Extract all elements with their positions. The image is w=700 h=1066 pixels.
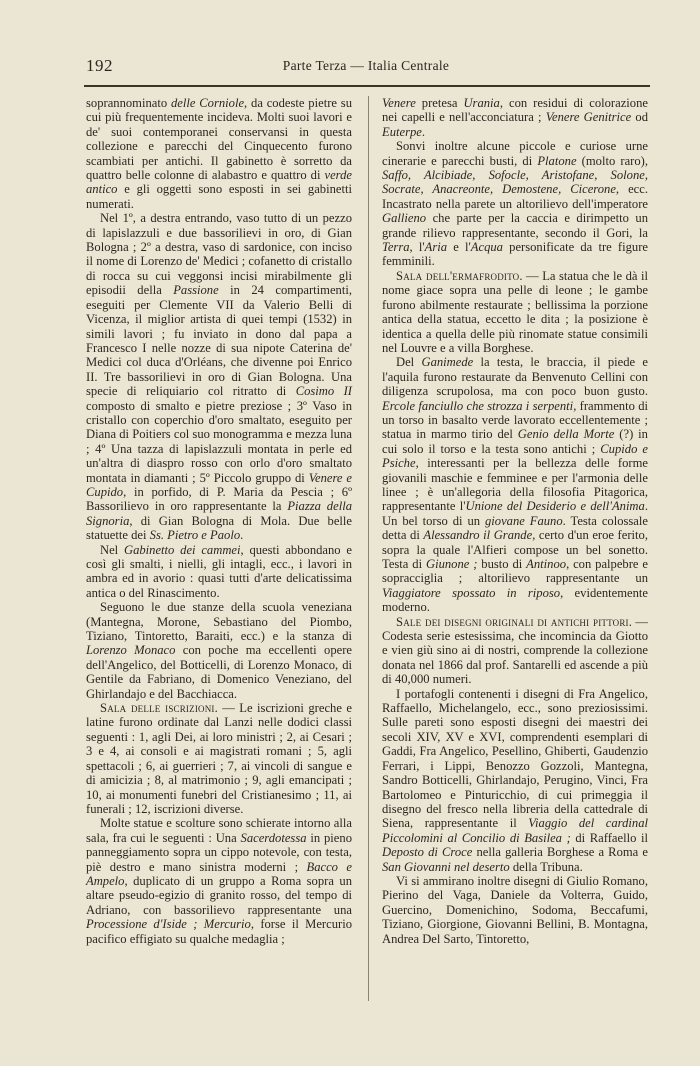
italic-term: Ss. Pietro e Paolo xyxy=(150,528,240,542)
paragraph: Vi si ammirano inoltre disegni di Giulio… xyxy=(382,874,648,946)
italic-term: Lorenzo Monaco xyxy=(86,643,175,657)
text-run: Vi si ammirano inoltre disegni di Giulio… xyxy=(382,874,648,946)
italic-term: Ganimede xyxy=(421,355,473,369)
italic-term: Unione del Desiderio e dell'Anima xyxy=(465,499,644,513)
text-run: e l' xyxy=(447,240,471,254)
page-header: 192 Parte Terza — Italia Centrale xyxy=(86,56,646,80)
paragraph: Sala dell'ermafrodito. — La statua che l… xyxy=(382,269,648,355)
text-run: Del xyxy=(396,355,421,369)
text-run: od xyxy=(631,110,648,124)
paragraph: Del Ganimede la testa, le braccia, il pi… xyxy=(382,355,648,614)
text-run: , l' xyxy=(410,240,425,254)
italic-term: Gabinetto dei cammei xyxy=(124,543,241,557)
book-page: 192 Parte Terza — Italia Centrale sopran… xyxy=(0,0,700,1066)
italic-term: Saffo, Alcibiade, Sofocle, Aristofane, S… xyxy=(382,168,648,196)
text-run: Nel xyxy=(100,543,124,557)
italic-term: Venere Genitrice xyxy=(546,110,632,124)
section-heading: Sale dei disegni originali di antichi pi… xyxy=(396,615,629,629)
italic-term: San Giovanni nel deserto xyxy=(382,860,510,874)
italic-term: Sacerdotessa xyxy=(241,831,307,845)
text-run: pretesa xyxy=(416,96,464,110)
italic-term: Giunone ; xyxy=(426,557,477,571)
italic-term: Genio della Morte xyxy=(518,427,615,441)
left-column: soprannominato delle Corniole, da codest… xyxy=(86,96,352,946)
paragraph: Venere pretesa Urania, con residui di co… xyxy=(382,96,648,139)
text-run: soprannominato xyxy=(86,96,171,110)
text-run: di Raffaello il xyxy=(571,831,648,845)
italic-term: Viaggiatore spossato in riposo xyxy=(382,586,560,600)
italic-term: Passione xyxy=(173,283,218,297)
italic-term: Alessandro il Grande xyxy=(423,528,532,542)
paragraph: I portafogli contenenti i disegni di Fra… xyxy=(382,687,648,874)
text-run: e gli oggetti sono esposti in sei gabine… xyxy=(86,182,352,210)
italic-term: Urania xyxy=(463,96,499,110)
section-heading: Sala dell'ermafrodito xyxy=(396,269,519,283)
italic-term: Venere xyxy=(382,96,416,110)
running-head: Parte Terza — Italia Centrale xyxy=(86,58,646,74)
text-run: . xyxy=(422,125,425,139)
italic-term: Platone xyxy=(537,154,576,168)
paragraph: Nel Gabinetto dei cammei, questi abbonda… xyxy=(86,543,352,601)
text-run: , duplicato di un gruppo a Roma sopra un… xyxy=(86,874,352,917)
italic-term: Euterpe xyxy=(382,125,422,139)
italic-term: Deposto di Croce xyxy=(382,845,472,859)
italic-term: Gallieno xyxy=(382,211,426,225)
italic-term: Processione d'Iside ; Mercurio xyxy=(86,917,251,931)
text-run: busto di xyxy=(477,557,526,571)
paragraph: Seguono le due stanze della scuola venez… xyxy=(86,600,352,701)
text-run: I portafogli contenenti i disegni di Fra… xyxy=(382,687,648,831)
text-run: nella galleria Borghese a Roma e xyxy=(472,845,648,859)
paragraph: Molte statue e scolture sono schierate i… xyxy=(86,816,352,946)
column-divider xyxy=(368,96,369,1001)
italic-term: Acqua xyxy=(471,240,503,254)
text-run: . xyxy=(240,528,243,542)
text-run: Seguono le due stanze della scuola venez… xyxy=(86,600,352,643)
paragraph: Nel 1º, a destra entrando, vaso tutto di… xyxy=(86,211,352,542)
text-run: della Tribuna. xyxy=(510,860,583,874)
section-heading: Sala delle iscrizioni xyxy=(100,701,215,715)
paragraph: Sala delle iscrizioni. — Le iscrizioni g… xyxy=(86,701,352,816)
paragraph: soprannominato delle Corniole, da codest… xyxy=(86,96,352,211)
paragraph: Sale dei disegni originali di antichi pi… xyxy=(382,615,648,687)
italic-term: giovane Fauno xyxy=(485,514,563,528)
paragraph: Sonvi inoltre alcune piccole e curiose u… xyxy=(382,139,648,269)
header-rule xyxy=(84,85,650,87)
text-run: . — Le iscrizioni greche e latine furono… xyxy=(86,701,352,816)
text-run: in 24 compartimenti, eseguiti per Clemen… xyxy=(86,283,352,398)
italic-term: Antinoo xyxy=(526,557,566,571)
text-run: (molto raro), xyxy=(577,154,648,168)
italic-term: delle Corniole xyxy=(171,96,244,110)
italic-term: Cosimo II xyxy=(296,384,352,398)
italic-term: Aria xyxy=(425,240,447,254)
right-column: Venere pretesa Urania, con residui di co… xyxy=(382,96,648,946)
italic-term: Terra xyxy=(382,240,410,254)
italic-term: Ercole fanciullo che strozza i serpenti xyxy=(382,399,573,413)
